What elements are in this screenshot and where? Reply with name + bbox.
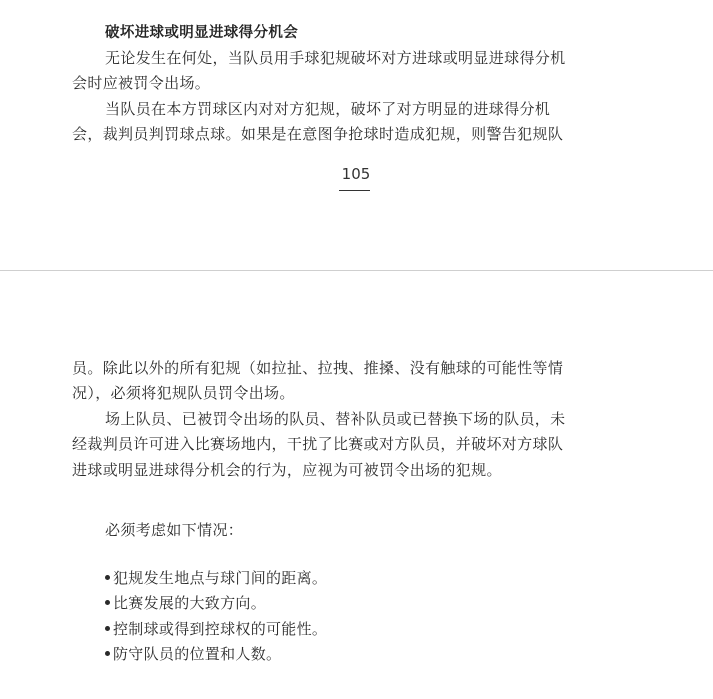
- paragraph-line: 场上队员、已被罚令出场的队员、替补队员或已替换下场的队员，未: [105, 409, 645, 429]
- paragraph-line: 进球或明显进球得分机会的行为，应视为可被罚令出场的犯规。: [72, 460, 642, 480]
- considerations-label: 必须考虑如下情况：: [105, 520, 645, 540]
- paragraph-line: 会时应被罚令出场。: [72, 73, 642, 93]
- list-item-text: 犯规发生地点与球门间的距离。: [113, 569, 327, 587]
- page-bottom: 员。除此以外的所有犯规（如拉扯、拉拽、推搡、没有触球的可能性等情 况），必须将犯…: [0, 271, 713, 699]
- list-item: 控制球或得到控球权的可能性。: [105, 619, 327, 639]
- list-item-text: 比赛发展的大致方向。: [113, 594, 266, 612]
- paragraph-line: 会，裁判员判罚球点球。如果是在意图争抢球时造成犯规，则警告犯规队: [72, 124, 642, 144]
- paragraph-line: 况），必须将犯规队员罚令出场。: [72, 383, 642, 403]
- page-top: 破坏进球或明显进球得分机会 无论发生在何处，当队员用手球犯规破坏对方进球或明显进…: [0, 0, 713, 270]
- section-heading: 破坏进球或明显进球得分机会: [105, 23, 645, 43]
- list-item-text: 控制球或得到控球权的可能性。: [113, 620, 327, 638]
- list-item: 比赛发展的大致方向。: [105, 593, 266, 613]
- paragraph-line: 员。除此以外的所有犯规（如拉扯、拉拽、推搡、没有触球的可能性等情: [72, 358, 642, 378]
- list-item: 犯规发生地点与球门间的距离。: [105, 568, 327, 588]
- paragraph-line: 经裁判员许可进入比赛场地内，干扰了比赛或对方队员，并破坏对方球队: [72, 434, 642, 454]
- paragraph-line: 无论发生在何处，当队员用手球犯规破坏对方进球或明显进球得分机: [105, 48, 645, 68]
- bullet-icon: [105, 626, 110, 631]
- page-number-underline: [339, 190, 370, 191]
- list-item-text: 防守队员的位置和人数。: [113, 645, 281, 663]
- bullet-icon: [105, 651, 110, 656]
- list-item: 防守队员的位置和人数。: [105, 644, 281, 664]
- bullet-icon: [105, 575, 110, 580]
- paragraph-line: 当队员在本方罚球区内对对方犯规，破坏了对方明显的进球得分机: [105, 99, 645, 119]
- bullet-icon: [105, 600, 110, 605]
- page-number: 105: [336, 165, 376, 183]
